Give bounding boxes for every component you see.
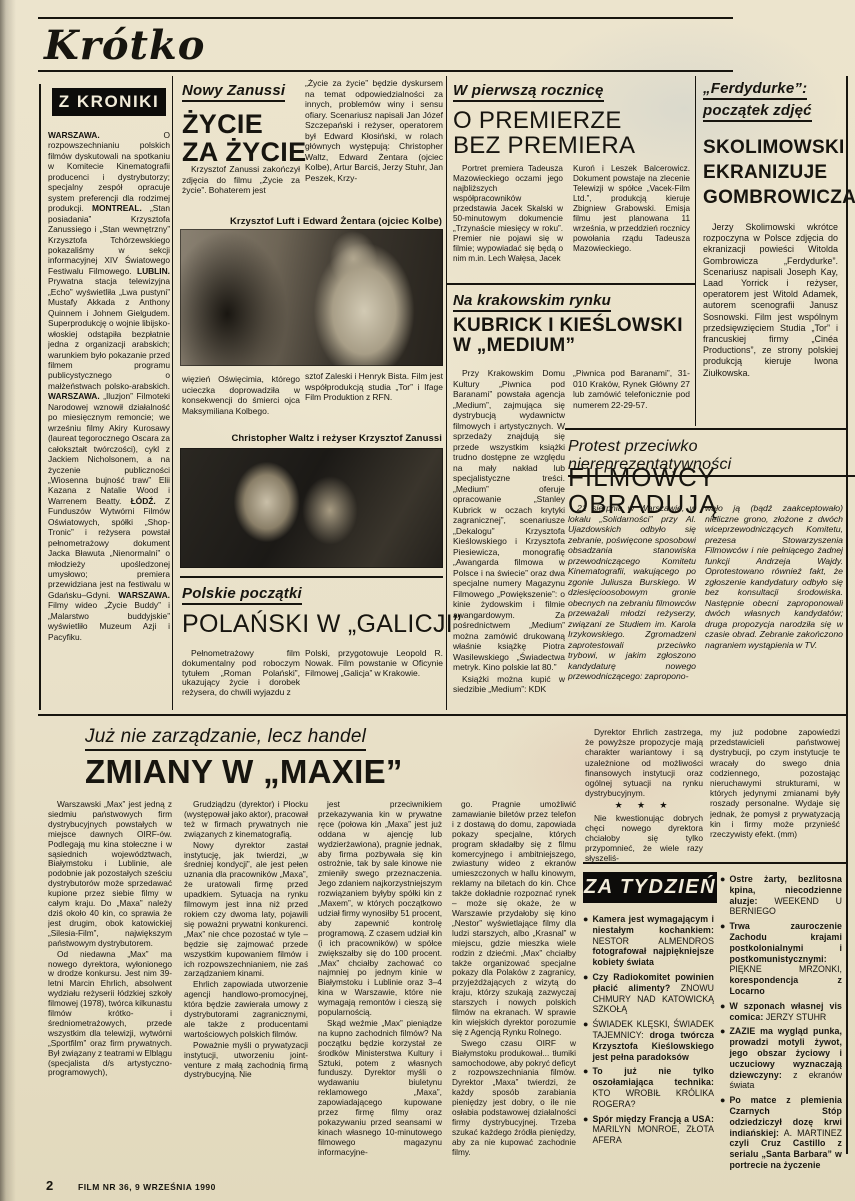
article-column: więzień Oświęcimia, którego ucieczka dop… [182, 374, 300, 432]
bullet-icon: ● [583, 914, 588, 968]
item-lead: Kamera jest wymagającym i niestałym koch… [592, 914, 714, 935]
headline-line: O PREMIERZE [453, 108, 635, 133]
article-column: Jerzy Skolimowski wkrótce rozpoczyna w P… [703, 222, 838, 422]
headline-line: EKRANIZUJE [703, 160, 855, 185]
news-brief: ŁÓDŹ. Z Funduszów Wytwórni Filmów Oświat… [48, 496, 170, 600]
headline: ŻYCIE ZA ŻYCIE [182, 110, 306, 167]
paragraph: Ehrlich zapowiada utworzenie agencji han… [184, 980, 308, 1039]
bullet-icon: ● [720, 921, 725, 997]
list-item: ● Po matce z plemienia Czarnych Stóp odz… [720, 1095, 842, 1171]
preview-list-left: ● Kamera jest wymagającym i niestałym ko… [583, 914, 714, 1150]
list-item-text: To już nie tylko oszołamiająca technika:… [592, 1066, 714, 1109]
divider [565, 428, 847, 430]
headline-line: W „MEDIUM” [453, 336, 683, 356]
paragraph: Nowy dyrektor zastał instytucję, jak twi… [184, 841, 308, 980]
kronika-body: WARSZAWA. O rozpowszechnianiu polskich f… [48, 130, 170, 706]
list-item-text: Czy Radiokomitet powinien płacić aliment… [592, 972, 714, 1015]
city-label: ŁÓDŹ. [131, 496, 156, 506]
headline: POLAŃSKI W „GALICJI” [182, 611, 462, 637]
headline: KUBRICK I KIEŚLOWSKI W „MEDIUM” [453, 316, 683, 356]
kicker: Na krakowskim rynku [453, 292, 611, 312]
article-column: Portret premiera Tadeusza Mazowieckiego … [453, 164, 563, 278]
article-column: 21 sierpnia w Warszawie, w lokalu „Solid… [568, 503, 696, 701]
kicker-text: W pierwszą rocznicę [453, 82, 604, 102]
divider [38, 714, 847, 716]
list-item: ● W szponach własnej vis comica: JERZY S… [720, 1001, 842, 1023]
list-item: ● To już nie tylko oszołamiająca technik… [583, 1066, 714, 1109]
bullet-icon: ● [583, 1114, 588, 1146]
list-item-text: Trwa zauroczenie Zachodu krajami postkol… [729, 921, 842, 997]
divider [446, 283, 696, 285]
brief-text: „Iluzjon” Filmoteki Narodowej wznowił dz… [48, 391, 170, 506]
photo-caption: Krzysztof Luft i Edward Żentara (ojciec … [182, 216, 442, 227]
photo-luft-zentara [180, 229, 443, 366]
kicker: Nowy Zanussi [182, 82, 285, 102]
kicker: „Ferdydurke”: początek zdjęć [703, 80, 812, 122]
paragraph: my już podobne zapowiedzi przedstawiciel… [710, 727, 840, 839]
article-column: „Piwnica pod Baranami”, 31-010 Kraków, R… [573, 368, 690, 426]
kicker-text: Nowy Zanussi [182, 82, 285, 102]
kicker: Już nie zarządzanie, lecz handel [85, 726, 366, 751]
city-label: WARSZAWA. [118, 590, 170, 600]
paragraph: Książki można kupić w siedzibie „Medium”… [453, 674, 565, 695]
paragraph: Nie kwestionując dobrych chęci nowego dy… [585, 813, 703, 863]
kicker-text: Polskie początki [182, 585, 302, 605]
preview-list-right: ● Ostre żarty, bezlitosna kpina, niecodz… [720, 874, 842, 1175]
news-brief: WARSZAWA. O rozpowszechnianiu polskich f… [48, 130, 170, 213]
bullet-icon: ● [583, 1019, 588, 1062]
kicker: W pierwszą rocznicę [453, 82, 604, 102]
photo-waltz-zanussi [180, 448, 443, 568]
article-column: „Życie za życie” będzie dyskursem na tem… [305, 78, 443, 216]
divider [39, 84, 41, 710]
article-column: Warszawski „Max” jest jedną z siedmiu pa… [48, 800, 172, 1160]
paragraph: go. Pragnie umożliwić zamawianie biletów… [452, 800, 576, 1038]
list-item: ● Trwa zauroczenie Zachodu krajami postk… [720, 921, 842, 997]
list-item-text: ZAZIE ma wygląd punka, prowadzi motyli ż… [729, 1026, 842, 1091]
kicker-text: Już nie zarządzanie, lecz handel [85, 726, 366, 751]
headline-line: GOMBROWICZA [703, 185, 855, 210]
article-column: Dyrektor Ehrlich zastrzega, że powyższe … [585, 727, 703, 863]
article-column: jest przeciwnikiem przekazywania kin w p… [318, 800, 442, 1160]
headline-line: ŻYCIE [182, 110, 306, 138]
article-column: Grudziądzu (dyrektor) i Płocku (występow… [184, 800, 308, 1160]
section-title-box: Z KRONIKI [52, 88, 166, 116]
section-title-box: ZA TYDZIEŃ [583, 872, 717, 903]
paragraph: Dyrektor Ehrlich zastrzega, że powyższe … [585, 727, 703, 798]
item-title: KTO WROBIŁ KRÓLIKA ROGERA? [592, 1088, 714, 1109]
section-title: ZA TYDZIEŃ [584, 876, 716, 899]
paragraph: Przy Krakowskim Domu Kultury „Piwnica po… [453, 368, 565, 673]
headline-line: ZA ŻYCIE [182, 138, 306, 166]
newspaper-page: Krótko Z KRONIKI WARSZAWA. O rozpowszech… [0, 0, 855, 1201]
list-item: ● ŚWIADEK KLĘSKI, ŚWIADEK TAJEMNICY: dro… [583, 1019, 714, 1062]
paragraph: Skąd weźmie „Max” pieniądze na kupno zac… [318, 1019, 442, 1158]
article-column: wało ją (bądź zaakceptowało) nieliczne g… [705, 503, 843, 708]
kicker: Polskie początki [182, 585, 302, 605]
article-column: Kuroń i Leszek Balcerowicz. Dokument pow… [573, 164, 690, 278]
divider [695, 76, 696, 426]
brief-text: Prywatna stacja telewizyjna „Echo” wyświ… [48, 276, 170, 391]
item-lead: Spór między Francją a USA: [592, 1114, 714, 1124]
paragraph: Poważnie myśli o prywatyzacji instytucji… [184, 1041, 308, 1081]
list-item: ● Ostre żarty, bezlitosna kpina, niecodz… [720, 874, 842, 917]
item-title: NESTOR ALMENDROS [592, 936, 714, 946]
paragraph: Od niedawna „Max” ma nowego dyrektora, w… [48, 950, 172, 1079]
list-item-text: Ostre żarty, bezlitosna kpina, niecodzie… [729, 874, 842, 917]
page-title: Krótko [44, 26, 205, 66]
item-lead: Trwa zauroczenie Zachodu krajami postkol… [729, 921, 842, 963]
bullet-icon: ● [720, 1001, 725, 1023]
list-item-text: Po matce z plemienia Czarnych Stóp odzie… [729, 1095, 842, 1171]
article-column: my już podobne zapowiedzi przedstawiciel… [710, 727, 840, 863]
headline-line: SKOLIMOWSKI [703, 135, 855, 160]
issue-line: FILM NR 36, 9 WRZEŚNIA 1990 [78, 1182, 216, 1192]
article-column: go. Pragnie umożliwić zamawianie biletów… [452, 800, 576, 1160]
paragraph: Warszawski „Max” jest jedną z siedmiu pa… [48, 800, 172, 949]
article-column: sztof Zaleski i Henryk Bista. Film jest … [305, 371, 443, 427]
article-column: Krzysztof Zanussi zakończył zdjęcia do f… [182, 164, 300, 214]
article-column: Pełnometrażowy film dokumentalny pod rob… [182, 649, 300, 707]
brief-text: O rozpowszechnianiu polskich filmów dysk… [48, 130, 170, 213]
bullet-icon: ● [583, 1066, 588, 1109]
divider [180, 576, 443, 578]
item-tail: czyli Cruz Castillo z serialu „Santa Bar… [729, 1138, 842, 1170]
divider [38, 70, 733, 72]
paragraph: jest przeciwnikiem przekazywania kin w p… [318, 800, 442, 1018]
divider [38, 17, 733, 19]
headline: O PREMIERZE BEZ PREMIERA [453, 108, 635, 158]
city-label: MONTREAL. [92, 203, 142, 213]
bullet-icon: ● [720, 1026, 725, 1091]
item-title: A. MARTINEZ [784, 1128, 842, 1138]
headline-line: KUBRICK I KIEŚLOWSKI [453, 316, 683, 336]
article-column: Polski, przygotowuje Leopold R. Nowak. F… [305, 649, 443, 707]
item-tail: fotografował najpiękniejsze kobiety świa… [592, 946, 714, 967]
kicker-text: „Ferdydurke”: [703, 80, 807, 100]
brief-text: Filmy wideo „Życie Buddy” i „Malarstwo b… [48, 600, 170, 641]
item-lead: To już nie tylko oszołamiająca technika: [592, 1066, 714, 1087]
headline: SKOLIMOWSKI EKRANIZUJE GOMBROWICZA [703, 135, 855, 210]
list-item-text: Spór między Francją a USA: MARILYN MONRO… [592, 1114, 714, 1146]
list-item-text: W szponach własnej vis comica: JERZY STU… [729, 1001, 842, 1023]
list-item-text: ŚWIADEK KLĘSKI, ŚWIADEK TAJEMNICY: droga… [592, 1019, 714, 1062]
news-brief: WARSZAWA. „Iluzjon” Filmoteki Narodowej … [48, 391, 170, 506]
item-title: JERZY STUHR [766, 1012, 826, 1022]
news-brief: LUBLIN. Prywatna stacja telewizyjna „Ech… [48, 266, 170, 391]
stars-separator: ★ ★ ★ [585, 800, 703, 810]
city-label: WARSZAWA. [48, 391, 100, 401]
bullet-icon: ● [720, 874, 725, 917]
item-title: PIĘKNE MRZONKI, [729, 964, 842, 974]
item-title: MARILYN MONROE, ZŁOTA AFERA [592, 1124, 714, 1145]
bullet-icon: ● [583, 972, 588, 1015]
kicker-text: początek zdjęć [703, 102, 812, 122]
brief-text: Z Funduszów Wytwórni Filmów Oświatowych,… [48, 496, 170, 600]
paragraph: Grudziądzu (dyrektor) i Płocku (występow… [184, 800, 308, 840]
page-number: 2 [46, 1178, 53, 1193]
list-item: ● Spór między Francją a USA: MARILYN MON… [583, 1114, 714, 1146]
city-label: WARSZAWA. [48, 130, 100, 140]
item-tail: korespondencja z Locarno [729, 975, 842, 996]
list-item: ● Kamera jest wymagającym i niestałym ko… [583, 914, 714, 968]
divider [846, 76, 848, 1154]
bullet-icon: ● [720, 1095, 725, 1171]
article-column: Przy Krakowskim Domu Kultury „Piwnica po… [453, 368, 565, 706]
list-item: ● ZAZIE ma wygląd punka, prowadzi motyli… [720, 1026, 842, 1091]
section-title: Z KRONIKI [59, 92, 159, 112]
list-item: ● Czy Radiokomitet powinien płacić alime… [583, 972, 714, 1015]
city-label: LUBLIN. [137, 266, 170, 276]
divider [583, 862, 847, 864]
headline: ZMIANY W „MAXIE” [85, 755, 403, 790]
divider [172, 76, 173, 710]
paragraph: Swego czasu OIRF w Białymstoku produkowa… [452, 1039, 576, 1158]
list-item-text: Kamera jest wymagającym i niestałym koch… [592, 914, 714, 968]
kicker-text: Na krakowskim rynku [453, 292, 611, 312]
headline-line: BEZ PREMIERA [453, 133, 635, 158]
photo-caption: Christopher Waltz i reżyser Krzysztof Za… [182, 433, 442, 444]
